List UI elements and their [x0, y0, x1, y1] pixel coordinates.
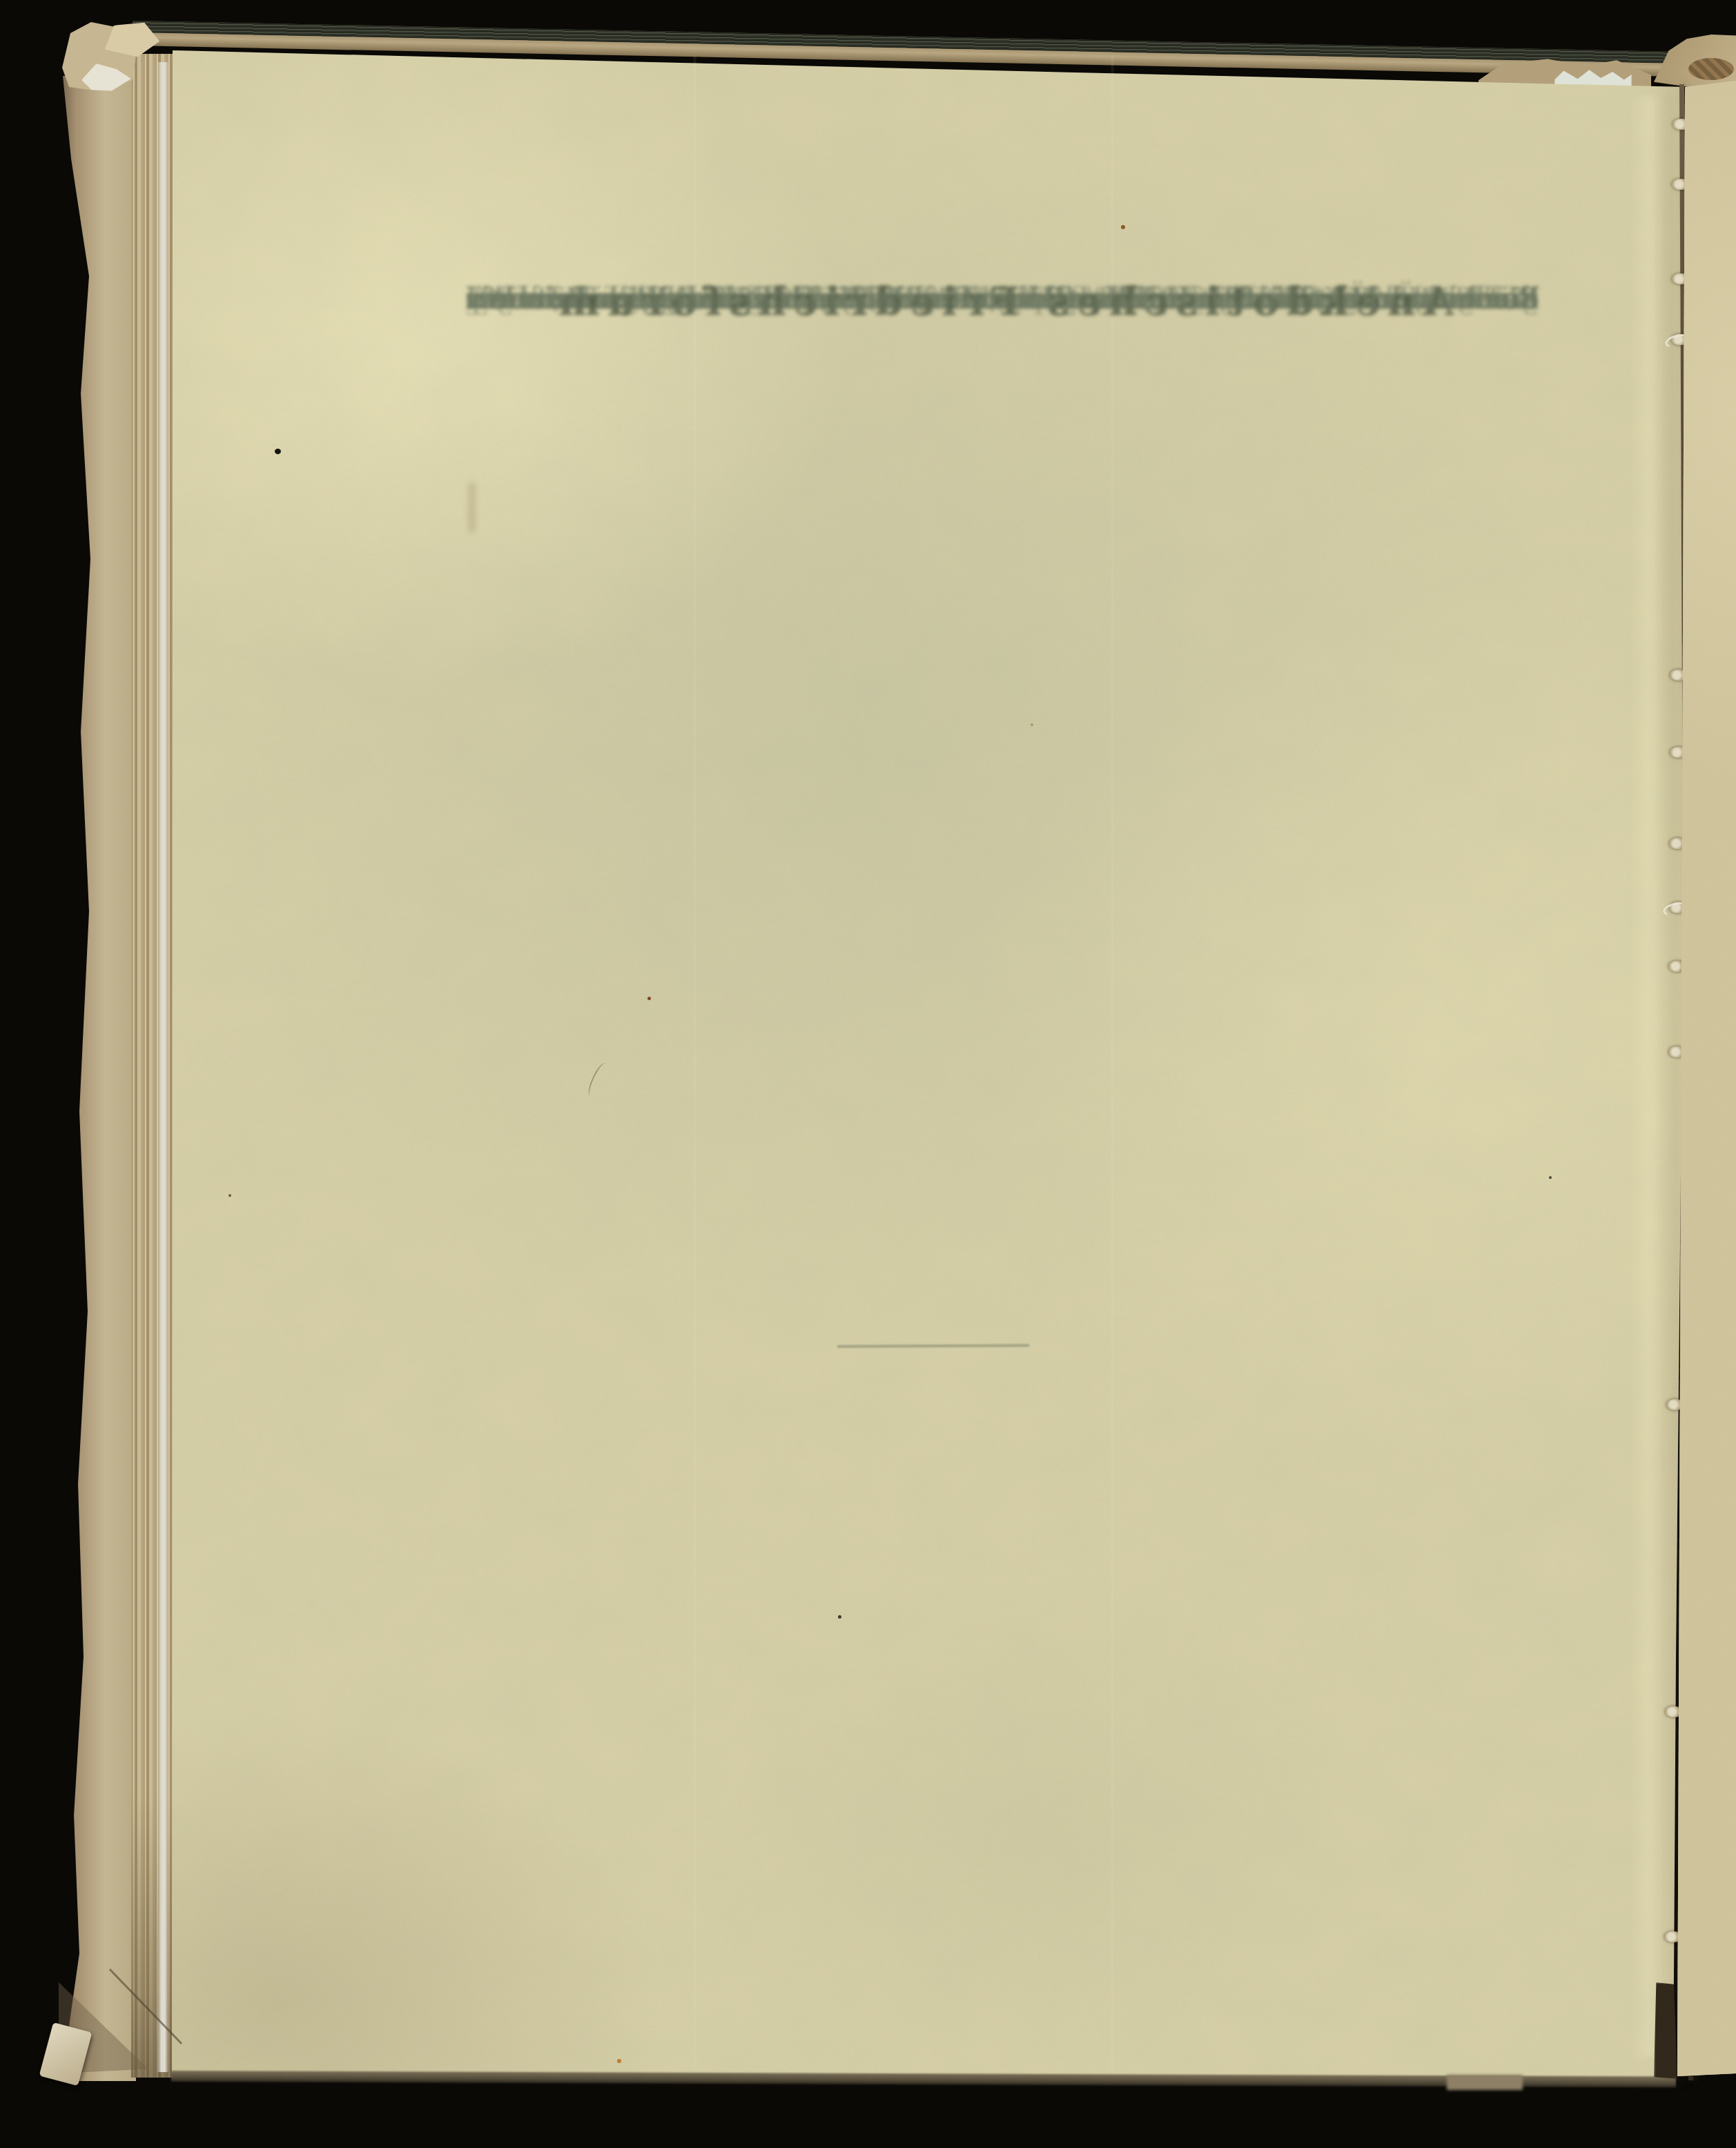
- gutter-highlight: [1630, 97, 1662, 2057]
- speck: [1549, 1176, 1552, 1179]
- foxing-speck: [1121, 225, 1125, 229]
- ink-fleck: [275, 449, 281, 454]
- vertical-smudge: [468, 482, 476, 533]
- page-edge-highlight: [157, 62, 169, 2072]
- underlying-page-edge: [1447, 2075, 1523, 2090]
- speck: [1031, 723, 1033, 726]
- foxing-speck: [647, 997, 651, 1000]
- gutter-bottom-gap: [1654, 1982, 1677, 2079]
- speck: [838, 1615, 841, 1619]
- book-top-edge: [133, 21, 1694, 52]
- showthrough-text-block: Nach einer großen Vorſtellung des Werkes…: [467, 275, 1539, 1227]
- frayed-binding-cord: [1688, 58, 1734, 80]
- book-scan: Nach einer großen Vorſtellung des Werkes…: [0, 0, 1736, 2148]
- foxing-speck: [617, 2059, 621, 2063]
- speck: [228, 1194, 231, 1197]
- book-cover-edge: [59, 76, 136, 2081]
- showthrough-line: fertigen mochte.: [467, 275, 1539, 324]
